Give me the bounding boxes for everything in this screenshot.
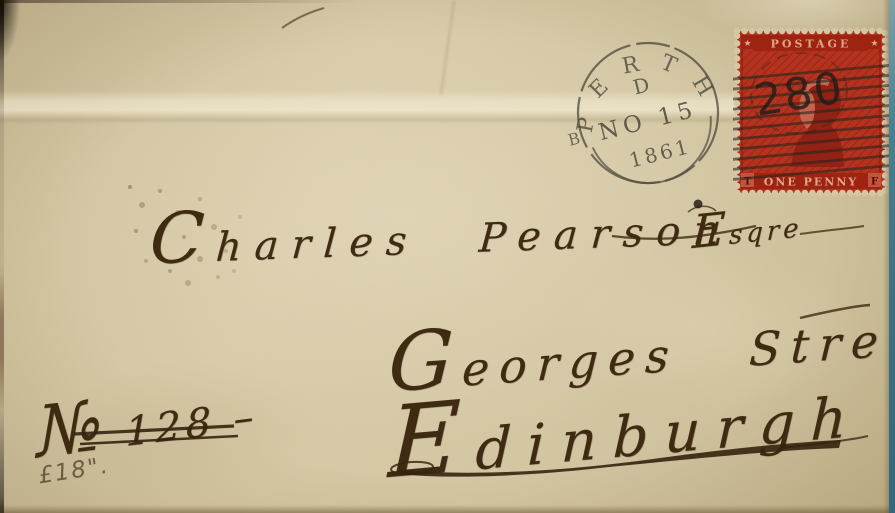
- photo-edge-top: [0, 0, 360, 3]
- street-tcross-flourish: [800, 305, 870, 318]
- photo-corner-top-left: [0, 0, 20, 60]
- stamp-one-penny-label: ONE PENNY: [764, 176, 858, 189]
- envelope-photo: Charles Pearson Esqre Georges Street № 1…: [0, 0, 895, 513]
- star-ornament-tl-icon: ★: [743, 39, 751, 49]
- photo-edge-bottom: [0, 505, 895, 513]
- penny-red-stamp: POSTAGE ★ ★ ONE PENNY T F 280: [733, 27, 889, 197]
- pearson-tail-flourish: [612, 226, 756, 239]
- stamp-postage-label: POSTAGE: [771, 38, 852, 51]
- postmark-index-letter: D: [631, 72, 652, 99]
- postmark-cds: PERTH D NO 15 1861 B: [556, 22, 740, 206]
- number-underline-1: [74, 426, 234, 434]
- ink-blob-curl: [688, 206, 716, 212]
- edinburgh-underline: [398, 440, 841, 477]
- number-underline-2: [80, 436, 238, 444]
- postmark-year: 1861: [627, 134, 694, 173]
- star-ornament-tr-icon: ★: [870, 39, 878, 49]
- ink-scratch: [282, 8, 324, 28]
- esqre-tail-flourish: [800, 226, 864, 234]
- stamp-corner-letter-F: F: [871, 177, 878, 188]
- photo-edge-left: [0, 0, 4, 513]
- photo-edge-right: [889, 0, 895, 513]
